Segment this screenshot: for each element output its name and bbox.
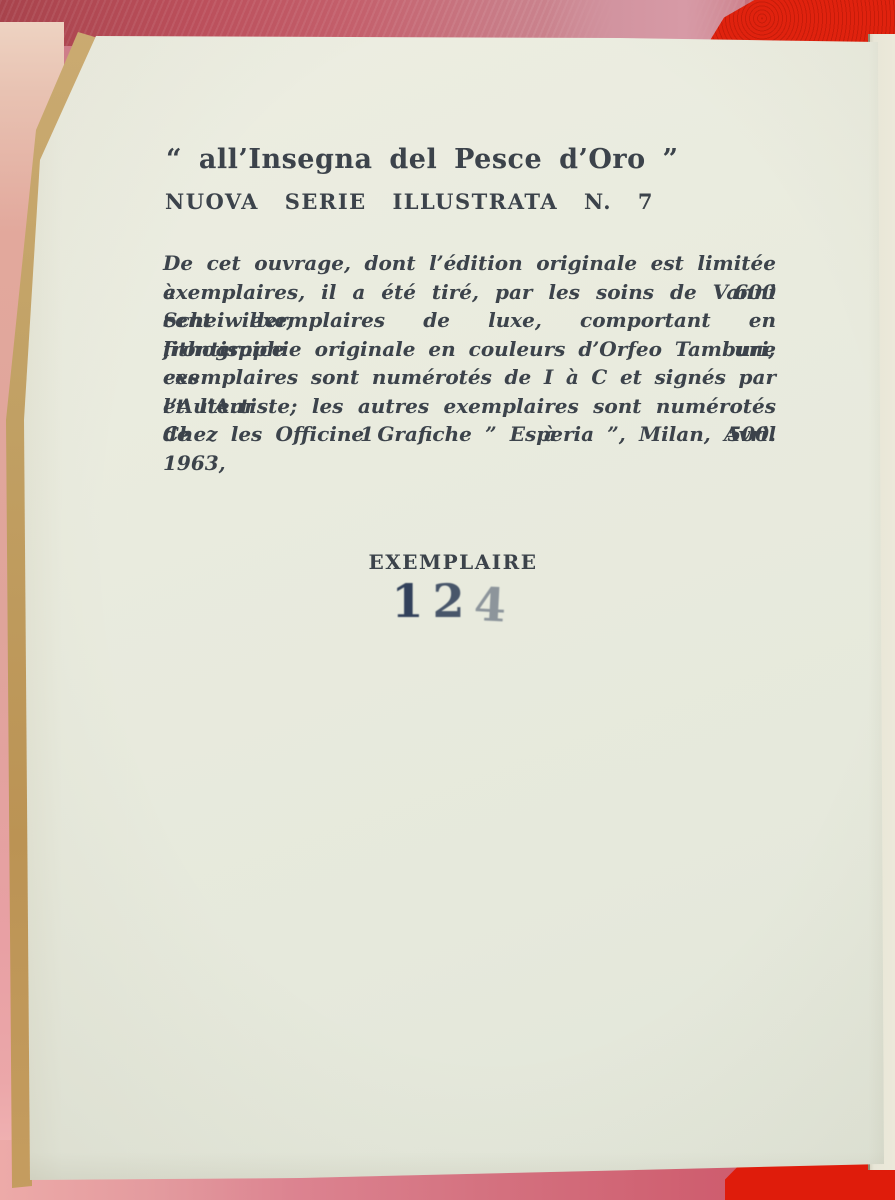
imprint-title: “ all’Insegna del Pesce d’Oro ” <box>166 144 786 175</box>
book-photo: “ all’Insegna del Pesce d’Oro ” NUOVA SE… <box>0 0 895 1200</box>
copy-number-stamp: 124 <box>303 574 603 628</box>
stamp-digit: 4 <box>472 577 516 633</box>
colophon-line: exemplaires sont numérotés de I à C et s… <box>163 363 776 392</box>
stamp-digit: 1 <box>391 574 432 628</box>
colophon-line: lithographie originale en couleurs d’Orf… <box>163 335 776 364</box>
exemplaire-label: EXEMPLAIRE <box>303 550 603 574</box>
colophon-line: De cet ouvrage, dont l’édition originale… <box>163 249 776 278</box>
series-subtitle: NUOVA SERIE ILLUSTRATA N. 7 <box>165 189 785 214</box>
colophon-line: exemplaires, il a été tiré, par les soin… <box>163 278 776 307</box>
colophon-line: et l’Artiste; les autres exemplaires son… <box>163 392 776 421</box>
colophon-line: Chez les Officine Grafiche ” Esperia ”, … <box>163 420 776 449</box>
colophon-line: cent exemplaires de luxe, comportant en … <box>163 306 776 335</box>
stamp-digit: 2 <box>432 574 473 628</box>
colophon-paragraph: De cet ouvrage, dont l’édition originale… <box>163 249 776 449</box>
